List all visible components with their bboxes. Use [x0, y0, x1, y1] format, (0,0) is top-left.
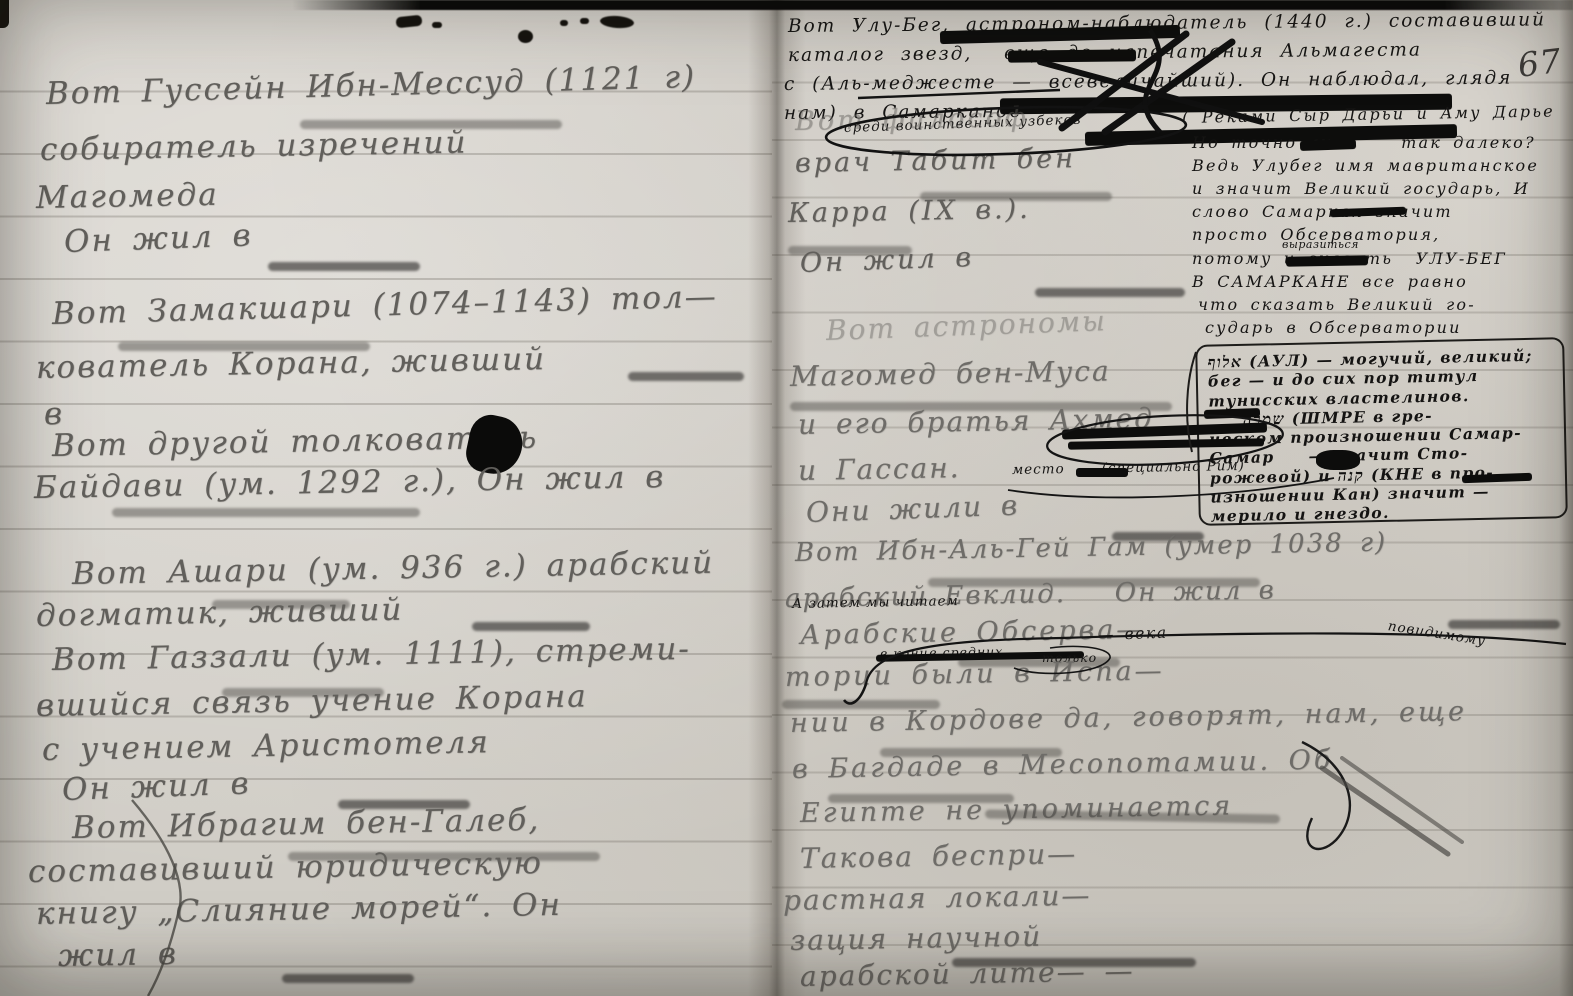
margin-col-line: сударь в Обсерватории — [1205, 318, 1462, 337]
right-line-astronomers: Вот астрономы — [825, 304, 1107, 347]
right-line: и Гассан. — [798, 451, 961, 487]
left-line-lived-in: Он жил в — [61, 765, 251, 808]
left-line: книгу „Слияние морей“. Он — [36, 887, 562, 932]
left-line: Магомеда — [36, 177, 219, 216]
crossed-out-bar — [1076, 468, 1128, 477]
blank-place-smudge — [268, 262, 420, 271]
margin-col-line: Но точно ли так далеко? — [1192, 133, 1536, 152]
right-line-tabit: врач Табит бен — [795, 143, 1076, 179]
margin-col-line: слово Самаркан значит — [1192, 202, 1453, 221]
faded-ink-mark — [560, 20, 568, 26]
crossed-margin-scribble — [1342, 758, 1462, 842]
left-line-hussein: Вот Гуссейн Ибн-Мессуд (1121 г) — [46, 59, 697, 112]
closing-line: зация научной — [790, 920, 1043, 957]
faded-ink-mark — [580, 18, 589, 24]
blank-place-smudge — [1035, 288, 1185, 297]
scan-top-edge — [292, 0, 1573, 10]
crossed-out-bar — [1300, 139, 1356, 151]
left-line-gazzali: Вот Газзали (ум. 1111), стреми- — [52, 631, 691, 678]
faded-ink-mark — [518, 30, 533, 43]
right-line-ben-musa: Магомед бен-Муса — [790, 354, 1111, 393]
right-line-ibn-al-gey: Вот Ибн-Аль-Гей Гам (умер 1038 г) — [795, 528, 1388, 568]
right-line-philosopher: Вот философ — [795, 102, 1029, 137]
margin-col-line: что сказать Великий го- — [1198, 295, 1476, 314]
margin-col-line: Ведь Улубег имя мавританское — [1192, 156, 1539, 175]
left-line: в — [44, 396, 64, 432]
faded-ink-mark — [395, 15, 422, 29]
scan-corner-mark — [0, 0, 9, 28]
left-line-zamakshari: Вот Замакшари (1074–1143) тол— — [52, 279, 719, 332]
left-line-ibragim: Вот Ибрагим бен-Галеб, — [72, 802, 541, 846]
closing-line: Такова беспри— — [800, 837, 1078, 875]
right-top-line: с (Аль-меджесте — всевеличайший). Он наб… — [784, 68, 1513, 95]
left-line: собиратель изречений — [40, 125, 468, 168]
left-line: жил в — [58, 936, 178, 974]
right-line-lived-in: Он жил в — [799, 242, 974, 279]
blank-place-smudge — [472, 622, 590, 631]
faded-ink-mark — [432, 22, 442, 28]
left-line: догматик, живший — [36, 592, 404, 634]
left-line-lived-in: Он жил в — [63, 217, 253, 260]
crossed-out-bar — [1008, 49, 1136, 62]
underline-smudge — [112, 508, 420, 517]
left-line: с учением Аристотеля — [42, 724, 490, 768]
right-line-bagdad: в Багдаде в Месопотамии. Об — [792, 745, 1334, 785]
right-line-lived-in: Они жили в — [805, 489, 1019, 529]
right-line-karra: Карра (IX в.). — [788, 194, 1031, 229]
left-line-ashari: Вот Ашари (ум. 936 г.) арабский — [72, 545, 715, 592]
faded-ink-mark — [600, 15, 635, 29]
blank-place-smudge — [1448, 620, 1560, 629]
left-line: кователь Корана, живший — [36, 341, 547, 386]
left-line: Байдави (ум. 1292 г.), Он жил в — [34, 459, 666, 506]
left-line: вшийся связь учение Корана — [36, 678, 588, 724]
margin-col-line: и значит Великий государь, И — [1192, 179, 1530, 198]
blank-place-smudge — [282, 974, 414, 983]
left-line: составивший юридическую — [28, 845, 544, 890]
margin-col-line: В САМАРКАНЕ все равно — [1192, 272, 1468, 291]
closing-line: арабской лите— — — [800, 954, 1135, 993]
manuscript-photo: Вот Гуссейн Ибн-Мессуд (1121 г) собирате… — [0, 0, 1573, 996]
closing-line: растная локали— — [783, 879, 1092, 917]
blank-place-smudge — [628, 372, 744, 381]
insert-veka: — века — [1098, 624, 1168, 644]
insert-then-we-read: А затем мы читаем — [792, 593, 959, 612]
crossed-out-bar — [1286, 255, 1368, 266]
crossed-margin-scribble — [1322, 768, 1448, 854]
crossed-out-blob — [1316, 450, 1360, 470]
page-number: 67 — [1516, 41, 1564, 85]
right-line-ispania: тории были в Испа— — [785, 655, 1165, 693]
